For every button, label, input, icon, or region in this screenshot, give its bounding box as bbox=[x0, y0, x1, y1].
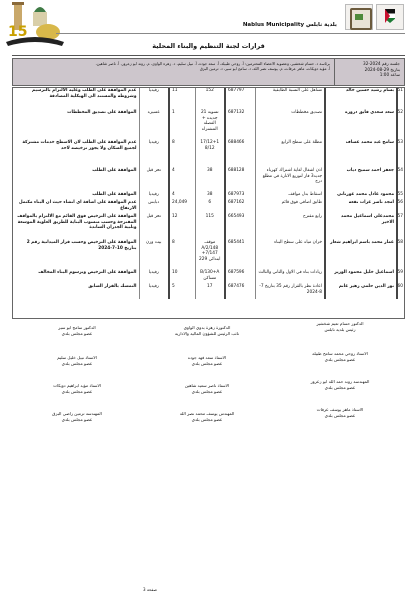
applicant-name: عمار محمد باسم ابراهيم شعار bbox=[325, 239, 397, 269]
row-number: 52 bbox=[397, 109, 405, 139]
signatory-title: نائب الرئيس للشؤون المالية والادارية bbox=[142, 331, 272, 337]
signature: الاستاذ مؤيد ابراهيم دويكاتعضو مجلس بلدي bbox=[12, 383, 142, 395]
request-type: تصديق مخططات bbox=[255, 109, 325, 139]
signature: الدكتورة زهرة بدوي الواوينائب الرئيس للش… bbox=[142, 325, 272, 337]
signatory-title: عضو مجلس بلدي bbox=[142, 389, 272, 395]
municipality-name: بلدية نابلس Nablus Municipality bbox=[243, 22, 337, 28]
applicant-name: امجد ناصر عزات نقعه bbox=[325, 199, 397, 213]
signature: الدكتور حسام تعيم شخشيررئيس بلدية نابلس bbox=[275, 321, 405, 333]
block-number: 1 bbox=[169, 109, 195, 139]
page-number: صفحة 3 bbox=[143, 587, 157, 592]
decision-text: التمسك بالقرار السابق bbox=[13, 283, 140, 299]
decision-text: الموافقة على تصديق المخططات bbox=[13, 109, 140, 139]
decision-text: الموافقة على الترخيص وبرسوم البناء المخا… bbox=[13, 269, 140, 283]
area-name: رفيديا bbox=[139, 283, 169, 299]
plot-number: 38 bbox=[195, 167, 225, 191]
table-row: 56امجد ناصر عزات نقعهطابق اضافي فوق قائم… bbox=[13, 199, 406, 213]
plot-number: 17/12+1 8/12 bbox=[195, 139, 225, 167]
file-code: 688128 bbox=[225, 167, 255, 191]
signature: المهندسة ترمين راضي البزقعضو مجلس بلدي bbox=[12, 411, 142, 423]
signatory-title: عضو مجلس بلدي bbox=[12, 331, 142, 337]
row-number: 54 bbox=[397, 167, 405, 191]
session-info-box: جلسة رقم 2024-32 بتاريخ 29-08-2024 ساعة … bbox=[12, 58, 405, 86]
signature: الاستاذ روحي محمد سامح طبيلهعضو مجلس بلد… bbox=[275, 351, 405, 363]
file-code: 687162 bbox=[225, 199, 255, 213]
file-code: 687973 bbox=[225, 191, 255, 199]
svg-text:15: 15 bbox=[8, 24, 27, 40]
nablus-municipality-emblem-icon bbox=[345, 4, 373, 30]
applicant-name: محمدعلي اسماعيل محمد الاخير bbox=[325, 213, 397, 239]
plot-number: 17 bbox=[195, 283, 225, 299]
file-code: 685441 bbox=[225, 239, 255, 269]
signature: الاستاذ ماهر يوسف عرفاتعضو مجلس بلدي bbox=[275, 407, 405, 419]
signatory-title: رئيس بلدية نابلس bbox=[275, 327, 405, 333]
file-code: 687476 bbox=[225, 283, 255, 299]
request-type: رابع مقترح bbox=[255, 213, 325, 239]
area-name: رفيديا bbox=[139, 269, 169, 283]
signature: المهندسة روند حمد الله ابو زعرورعضو مجلس… bbox=[275, 379, 405, 391]
plot-number: 152 bbox=[195, 87, 225, 109]
session-details: جلسة رقم 2024-32 بتاريخ 29-08-2024 ساعة … bbox=[334, 59, 404, 85]
block-number: 24,049 bbox=[169, 199, 195, 213]
plot-number: B/130+A مساكن bbox=[195, 269, 225, 283]
area-name: تحر قبل bbox=[139, 213, 169, 239]
applicant-name: اسماعيل خليل محمود الوزير bbox=[325, 269, 397, 283]
plot-number: 115 bbox=[195, 213, 225, 239]
plot-number: 38 bbox=[195, 191, 225, 199]
table-row: 60نور الدين حلمي زهير غانماعادة نظر بالق… bbox=[13, 283, 406, 299]
block-number: 5 bbox=[169, 283, 195, 299]
row-number: 57 bbox=[397, 213, 405, 239]
applicant-name: نور الدين حلمي زهير غانم bbox=[325, 283, 397, 299]
table-row: 57محمدعلي اسماعيل محمد الاخيررابع مقترح6… bbox=[13, 213, 406, 239]
signature: المهندس يوسف محمد نصر اللهعضو مجلس بلدي bbox=[142, 411, 272, 423]
area-name: دبابس bbox=[139, 199, 169, 213]
title-divider bbox=[12, 55, 405, 56]
header-divider bbox=[56, 33, 405, 34]
signatory-title: عضو مجلس بلدي bbox=[12, 389, 142, 395]
request-type: اعادة نظر بالقرار رقم 35 بتاريخ 7-8-2024 bbox=[255, 283, 325, 299]
block-number: 10 bbox=[169, 269, 195, 283]
signatory-title: عضو مجلس بلدي bbox=[275, 385, 405, 391]
row-number: 55 bbox=[397, 191, 405, 199]
block-number: 4 bbox=[169, 191, 195, 199]
decision-text: الموافقة على الترخيص وحسب قرار الميدانية… bbox=[13, 239, 140, 269]
applicant-name: جعفر احمد سميح دياب bbox=[325, 167, 397, 191]
session-attendees: برئاسة د. حسام شخشير، وعضوية الاعضاء الم… bbox=[13, 59, 334, 85]
official-emblems bbox=[345, 4, 407, 30]
signatory-title: عضو مجلس بلدي bbox=[142, 361, 272, 367]
request-type: تساهل على النسبة الطابقية bbox=[255, 87, 325, 109]
row-number: 53 bbox=[397, 139, 405, 167]
row-number: 51 bbox=[397, 87, 405, 109]
table-row: 52سعد سعدي فايق دروزهتصديق مخططات6871322… bbox=[13, 109, 406, 139]
file-code: 687596 bbox=[225, 269, 255, 283]
block-number: 8 bbox=[169, 139, 195, 167]
area-name: رفيديا bbox=[139, 139, 169, 167]
row-number: 56 bbox=[397, 199, 405, 213]
signatory-title: عضو مجلس بلدي bbox=[12, 361, 142, 367]
request-type: اسقاط بدل مواقف bbox=[255, 191, 325, 199]
request-type: مظلة على سطح الرابع bbox=[255, 139, 325, 167]
plot-number: 21 تسويه جديده + الفصله المشتراه bbox=[195, 109, 225, 139]
signature: الاستاذ ناصر سعيد شاهينعضو مجلس بلدي bbox=[142, 383, 272, 395]
signatory-title: عضو مجلس بلدي bbox=[275, 413, 405, 419]
decision-text: عدم الموافقة على اضافة اي انشاء حيث ان ا… bbox=[13, 199, 140, 213]
decision-text: عدم الموافقة على الطلب لان الاسطح خدمات … bbox=[13, 139, 140, 167]
plot-number: موقف A/2/148 +7/147 ابتدائي 229 bbox=[195, 239, 225, 269]
block-number: 11 bbox=[169, 87, 195, 109]
table-row: 59اسماعيل خليل محمود الوزيرزيادات بناء ف… bbox=[13, 269, 406, 283]
file-code: 687132 bbox=[225, 109, 255, 139]
document-header: 15 بلدية نابلس Nablus Municipality قرارا… bbox=[0, 0, 417, 55]
block-number: 12 bbox=[169, 213, 195, 239]
table-row: 55محمود عادل محمد عورتانياسقاط بدل مواقف… bbox=[13, 191, 406, 199]
area-name: عسيره bbox=[139, 109, 169, 139]
signature: الاستاذ نبيل خليل سليمعضو مجلس بلدي bbox=[12, 355, 142, 367]
area-name: بيت وزن bbox=[139, 239, 169, 269]
table-row: 54جعفر احمد سميح دياباذن اشغال لغاية اشت… bbox=[13, 167, 406, 191]
applicant-name: سعد سعدي فايق دروزه bbox=[325, 109, 397, 139]
table-row: 58عمار محمد باسم ابراهيم شعارخزان مياه ع… bbox=[13, 239, 406, 269]
file-code: 665493 bbox=[225, 213, 255, 239]
report-title: قرارات لجنة التنظيم والبناء المحلية bbox=[0, 42, 417, 50]
file-code: 688466 bbox=[225, 139, 255, 167]
area-name: تحر قبل bbox=[139, 167, 169, 191]
decision-text: عدم الموافقة على الطلب وعليه الالتزام با… bbox=[13, 87, 140, 109]
row-number: 60 bbox=[397, 283, 405, 299]
applicant-name: سامح عبد محمد عساف bbox=[325, 139, 397, 167]
decision-text: الموافقة على الطلب bbox=[13, 191, 140, 199]
plot-number: 6 bbox=[195, 199, 225, 213]
decision-text: الموافقة على الترخيص فوق القائم مع الالت… bbox=[13, 213, 140, 239]
palestine-emblem-icon bbox=[376, 4, 404, 30]
applicant-name: محمود عادل محمد عورتاني bbox=[325, 191, 397, 199]
area-name: رفيديا bbox=[139, 191, 169, 199]
request-type: اذن اشغال لغاية اشتراك كهرباء جديد3 فاز … bbox=[255, 167, 325, 191]
block-number: 8 bbox=[169, 239, 195, 269]
table-row: 51بسام رشيد حسين خالدتساهل على النسبة ال… bbox=[13, 87, 406, 109]
session-time: ساعة 1:00 bbox=[339, 72, 400, 78]
row-number: 59 bbox=[397, 269, 405, 283]
area-name: رفيديا bbox=[139, 87, 169, 109]
request-type: خزان مياه على سطح البناء bbox=[255, 239, 325, 269]
table-row: 53سامح عبد محمد عسافمظلة على سطح الرابع6… bbox=[13, 139, 406, 167]
request-type: طابق اضافي فوق قائم bbox=[255, 199, 325, 213]
signature: الدكتور سامح ابو سيرعضو مجلس بلدي bbox=[12, 325, 142, 337]
signature: الاستاذ سعد فهد جودهعضو مجلس بلدي bbox=[142, 355, 272, 367]
decisions-table: 51بسام رشيد حسين خالدتساهل على النسبة ال… bbox=[12, 87, 405, 299]
applicant-name: بسام رشيد حسين خالد bbox=[325, 87, 397, 109]
request-type: زيادات بناء في الاول والثاني والثالث bbox=[255, 269, 325, 283]
signatory-title: عضو مجلس بلدي bbox=[142, 417, 272, 423]
block-number: 4 bbox=[169, 167, 195, 191]
signatory-title: عضو مجلس بلدي bbox=[275, 357, 405, 363]
row-number: 58 bbox=[397, 239, 405, 269]
file-code: 687797 bbox=[225, 87, 255, 109]
signatory-title: عضو مجلس بلدي bbox=[12, 417, 142, 423]
decision-text: الموافقة على الطلب bbox=[13, 167, 140, 191]
